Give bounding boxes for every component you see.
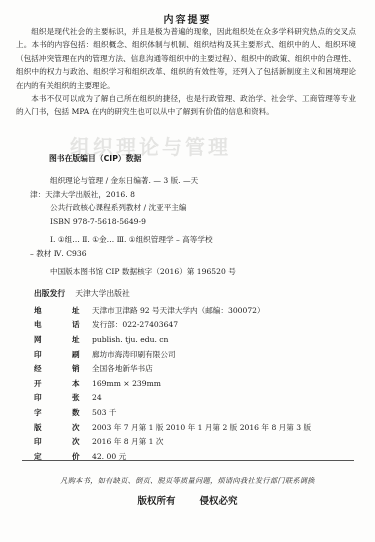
row-value: 发行部：022-27403647 — [92, 319, 354, 330]
info-row-format: 开本 169mm × 239mm — [34, 376, 354, 391]
cip-record-number: 中国版本图书馆 CIP 数据核字（2016）第 196520 号 — [30, 265, 360, 279]
row-value: publish. tju. edu. cn — [92, 335, 354, 344]
cip-data: 组织理论与管理 / 金东日编著. — 3 版. —天 津：天津大学出版社，201… — [30, 174, 360, 279]
publisher-row: 出版发行天津大学出版社 — [34, 288, 130, 299]
row-value: 廊坊市海涛印刷有限公司 — [92, 349, 354, 360]
row-value: 天津市卫津路 92 号天津大学内（邮编：300072） — [92, 305, 354, 316]
row-label: 印次 — [34, 436, 80, 447]
divider — [22, 460, 354, 461]
info-row-word-count: 字数 503 千 — [34, 405, 354, 420]
row-label: 开本 — [34, 378, 80, 389]
row-label: 字数 — [34, 407, 80, 418]
row-label: 经销 — [34, 363, 80, 374]
row-value: 2003 年 7 月第 1 版 2010 年 1 月第 2 版 2016 年 8… — [92, 422, 354, 433]
infringement-notice: 侵权必究 — [200, 496, 238, 507]
publication-info-table: 地址 天津市卫津路 92 号天津大学内（邮编：300072） 电话 发行部：02… — [34, 303, 354, 464]
row-label: 网址 — [34, 334, 80, 345]
row-value: 2016 年 8 月第 1 次 — [92, 436, 354, 447]
info-row-distributor: 经销 全国各地新华书店 — [34, 361, 354, 376]
copyright-page: 内容提要 组织是现代社会的主要标识，并且是极为普遍的现象，因此组织处在众多学科研… — [0, 0, 375, 542]
info-row-editions: 版次 2003 年 7 月第 1 版 2010 年 1 月第 2 版 2016 … — [34, 420, 354, 435]
row-value: 24 — [92, 393, 354, 402]
quality-notice: 凡购本书，如有缺页、倒页、脱页等质量问题，烦请向我社发行部门联系调换 — [0, 476, 375, 486]
rights-reserved: 版权所有 — [137, 496, 175, 507]
info-row-printing: 印次 2016 年 8 月第 1 次 — [34, 434, 354, 449]
row-value: 169mm × 239mm — [92, 379, 354, 388]
cip-line: 公共行政核心课程系列教材 / 沈亚平主编 — [30, 201, 360, 215]
row-label: 电话 — [34, 319, 80, 330]
cip-title: 图书在版编目（CIP）数据 — [49, 153, 141, 164]
row-label: 印张 — [34, 392, 80, 403]
row-value: 全国各地新华书店 — [92, 363, 354, 374]
summary-paragraph: 组织是现代社会的主要标识，并且是极为普遍的现象，因此组织处在众多学科研究热点的交… — [16, 25, 356, 92]
cip-line: 津：天津大学出版社，2016. 8 — [30, 188, 360, 202]
cip-line: 组织理论与管理 / 金东日编著. — 3 版. —天 — [30, 174, 360, 188]
row-label: 印刷 — [34, 349, 80, 360]
info-row-phone: 电话 发行部：022-27403647 — [34, 318, 354, 333]
info-row-sheets: 印张 24 — [34, 391, 354, 406]
cip-isbn: ISBN 978-7-5618-5649-9 — [30, 215, 360, 229]
publisher-value: 天津大学出版社 — [75, 289, 130, 298]
copyright-statement: 版权所有侵权必究 — [0, 493, 375, 507]
cip-classification: Ⅰ. ①组… Ⅱ. ①金… Ⅲ. ①组织管理学 – 高等学校 — [30, 233, 360, 247]
row-label: 版次 — [34, 422, 80, 433]
summary-body: 组织是现代社会的主要标识，并且是极为普遍的现象，因此组织处在众多学科研究热点的交… — [16, 25, 356, 119]
info-row-website: 网址 publish. tju. edu. cn — [34, 332, 354, 347]
summary-title: 内容提要 — [0, 11, 375, 26]
info-row-address: 地址 天津市卫津路 92 号天津大学内（邮编：300072） — [34, 303, 354, 318]
info-row-price: 定价 42. 00 元 — [34, 449, 354, 464]
summary-paragraph: 本书不仅可以成为了解自己所在组织的捷径，也是行政管理、政治学、社会学、工商管理等… — [16, 92, 356, 119]
info-row-printer: 印刷 廊坊市海涛印刷有限公司 — [34, 347, 354, 362]
publisher-label: 出版发行 — [34, 289, 65, 298]
row-value: 503 千 — [92, 407, 354, 418]
row-label: 地址 — [34, 305, 80, 316]
cip-classification: – 教材 Ⅳ. C936 — [30, 247, 360, 261]
